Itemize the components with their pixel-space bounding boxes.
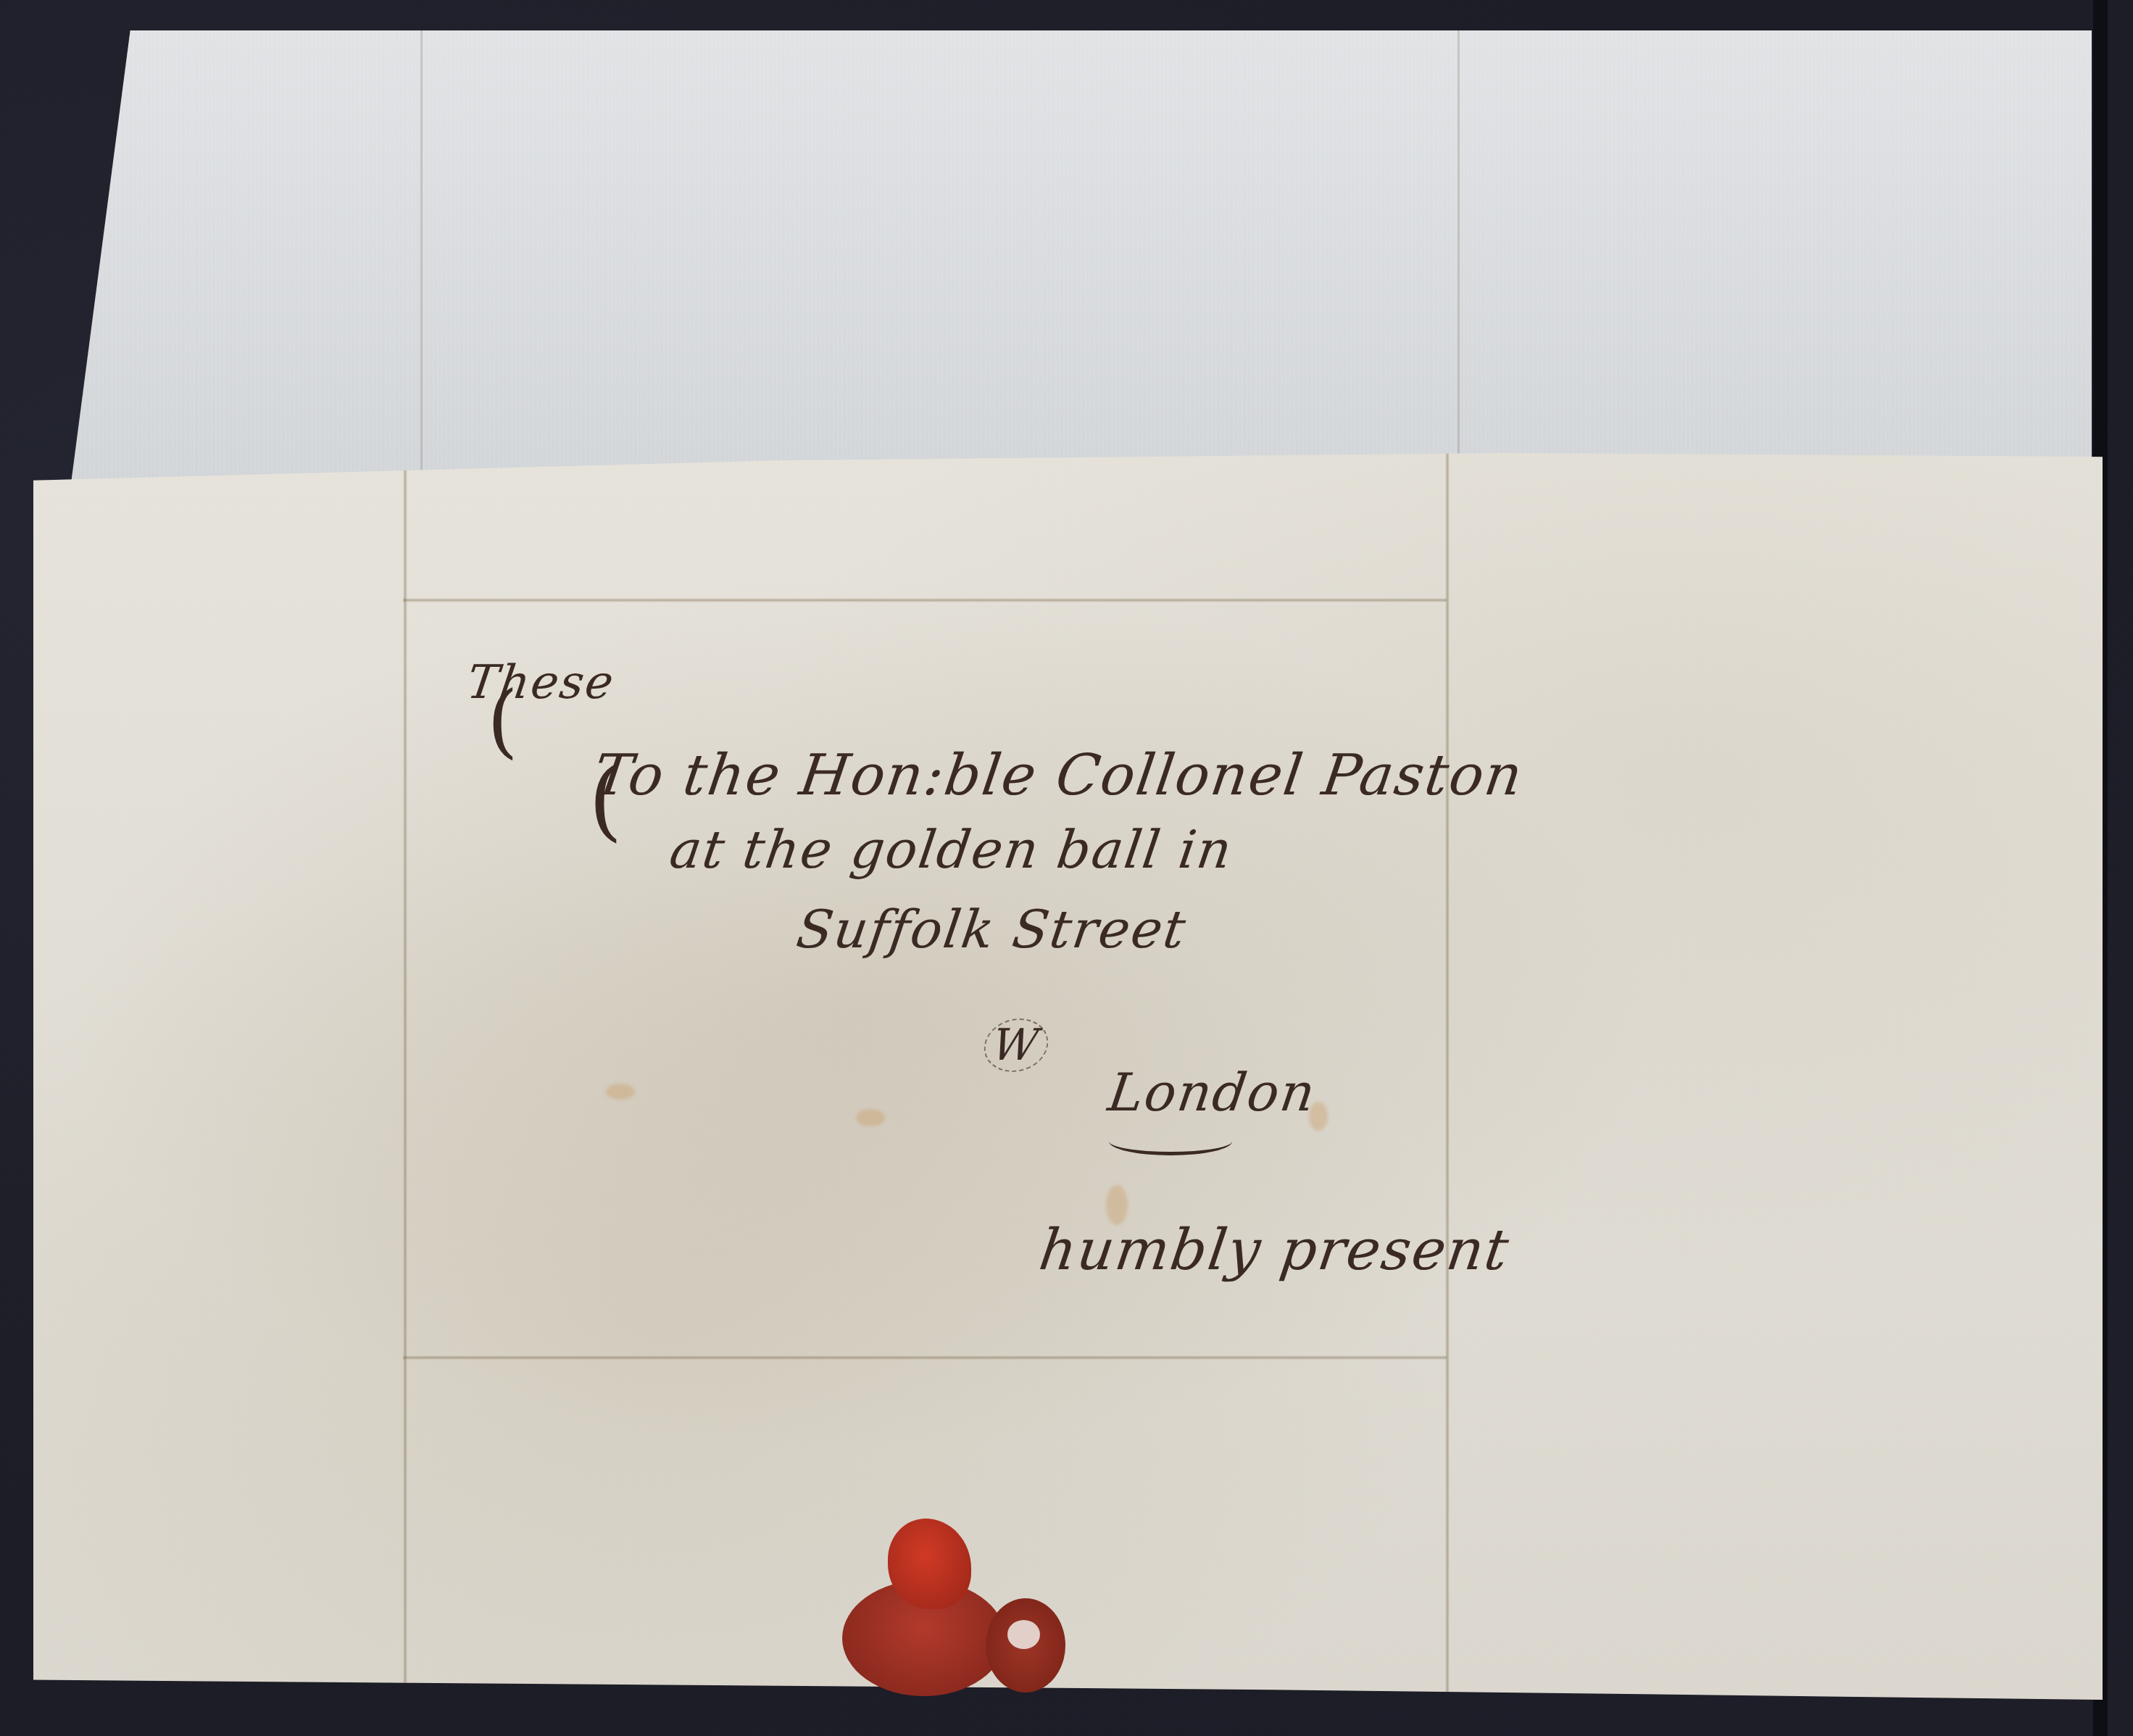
address-salutation: These bbox=[464, 656, 618, 710]
address-location: at the golden ball in bbox=[666, 819, 1236, 880]
address-closing: humbly present bbox=[1036, 1218, 1514, 1283]
upper-sheet-fold bbox=[420, 30, 423, 494]
upper-sheet bbox=[70, 30, 2092, 494]
wax-seal bbox=[833, 1519, 1080, 1693]
address-recipient: To the Hon:ble Collonel Paston bbox=[590, 743, 1528, 808]
address-street: Suffolk Street bbox=[793, 899, 1191, 960]
fold-line-vertical bbox=[403, 453, 407, 1700]
fold-line-vertical bbox=[1445, 453, 1450, 1700]
stain bbox=[856, 1109, 885, 1126]
fold-line-horizontal bbox=[403, 598, 1447, 602]
upper-sheet-fold bbox=[1458, 30, 1460, 494]
stain bbox=[606, 1084, 635, 1100]
wax-seal-chip bbox=[1007, 1620, 1040, 1649]
fold-line-horizontal bbox=[403, 1355, 1447, 1360]
address-city: London bbox=[1105, 1062, 1320, 1123]
letter-cover bbox=[33, 453, 2103, 1700]
city-underline-flourish bbox=[1109, 1127, 1232, 1155]
wax-seal-top bbox=[888, 1519, 971, 1609]
